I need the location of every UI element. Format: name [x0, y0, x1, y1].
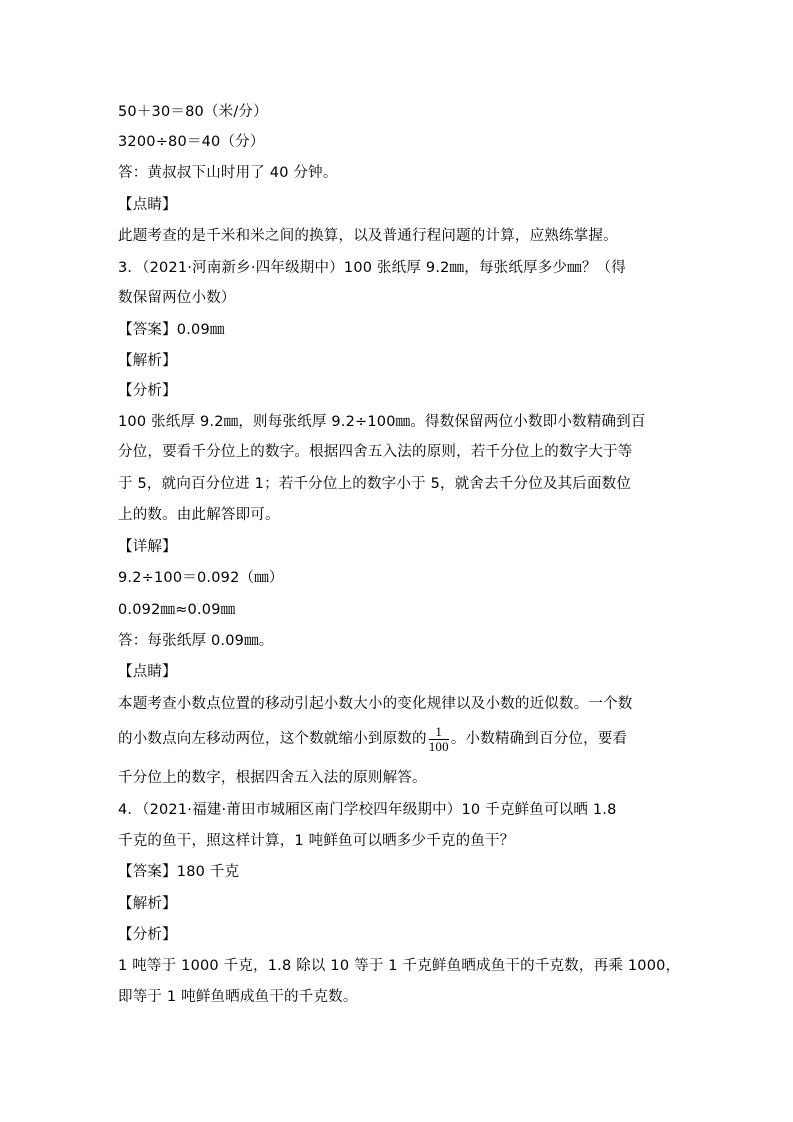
fraction-numerator: 1	[429, 725, 449, 740]
section-heading-tip: 【点睛】	[118, 662, 177, 682]
tip-text: 本题考查小数点位置的移动引起小数大小的变化规律以及小数的近似数。一个数	[118, 694, 633, 714]
breakdown-text: 即等于 1 吨鲜鱼晒成鱼干的千克数。	[118, 987, 358, 1007]
question-4: 4．（2021·福建·莆田市城厢区南门学校四年级期中）10 千克鲜鱼可以晒 1.…	[118, 800, 617, 820]
tip-text-with-fraction: 的小数点向左移动两位，这个数就缩小到原数的1100。小数精确到百分位，要看	[118, 722, 627, 756]
tip-text: 此题考查的是千米和米之间的换算，以及普通行程问题的计算，应熟练掌握。	[118, 226, 618, 246]
detail-approx: 0.092㎜≈0.09㎜	[118, 600, 235, 620]
section-heading-analysis: 【解析】	[118, 894, 177, 914]
section-heading-analysis: 【解析】	[118, 351, 177, 371]
tip-text: 的小数点向左移动两位，这个数就缩小到原数的	[118, 731, 427, 747]
section-heading-breakdown: 【分析】	[118, 925, 177, 945]
section-heading-tip: 【点睛】	[118, 195, 177, 215]
answer-4: 【答案】180 千克	[118, 862, 239, 882]
breakdown-text: 上的数。由此解答即可。	[118, 505, 280, 525]
fraction-denominator: 100	[429, 740, 449, 754]
detail-calc: 9.2÷100＝0.092（㎜）	[118, 568, 284, 588]
tip-text: 。小数精确到百分位，要看	[451, 731, 627, 747]
question-3-cont: 数保留两位小数）	[118, 288, 236, 308]
calc-time: 3200÷80＝40（分）	[118, 132, 265, 152]
question-4-cont: 千克的鱼干，照这样计算，1 吨鲜鱼可以晒多少千克的鱼干？	[118, 831, 514, 851]
breakdown-text: 分位，要看千分位上的数字。根据四舍五入法的原则，若千分位上的数字大于等	[118, 442, 633, 462]
answer-3: 【答案】0.09㎜	[118, 320, 225, 340]
fraction: 1100	[429, 725, 449, 754]
answer-text: 答：每张纸厚 0.09㎜。	[118, 631, 274, 651]
section-heading-breakdown: 【分析】	[118, 381, 177, 401]
breakdown-text: 100 张纸厚 9.2㎜，则每张纸厚 9.2÷100㎜。得数保留两位小数即小数精…	[118, 412, 646, 432]
question-3: 3．（2021·河南新乡·四年级期中）100 张纸厚 9.2㎜，每张纸厚多少㎜？…	[118, 258, 626, 278]
calc-speed: 50＋30＝80（米/分）	[118, 102, 268, 122]
answer-text: 答：黄叔叔下山时用了 40 分钟。	[118, 163, 338, 183]
section-heading-details: 【详解】	[118, 537, 177, 557]
breakdown-text: 于 5，就向百分位进 1；若千分位上的数字小于 5，就舍去千分位及其后面数位	[118, 474, 631, 494]
breakdown-text: 1 吨等于 1000 千克，1.8 除以 10 等于 1 千克鲜鱼晒成鱼干的千克…	[118, 956, 680, 976]
tip-text: 千分位上的数字，根据四舍五入法的原则解答。	[118, 768, 427, 788]
